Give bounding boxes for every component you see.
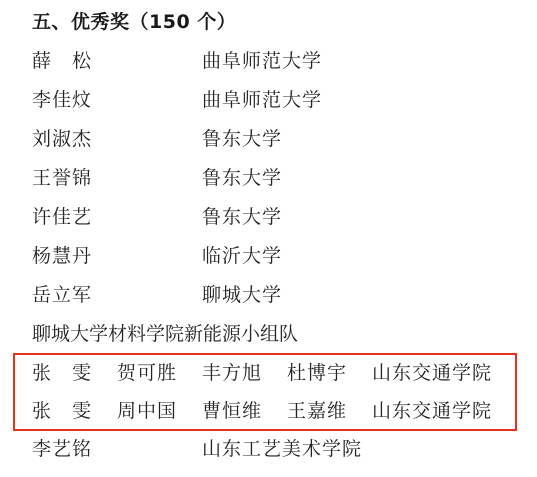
winner-name: 李艺铭 — [32, 436, 92, 462]
winner-name: 岳立军 — [32, 282, 92, 308]
member-name: 周中国 — [117, 398, 177, 424]
member-school: 山东交通学院 — [372, 360, 492, 386]
member-name: 杜博宇 — [287, 360, 347, 386]
winner-school: 山东工艺美术学院 — [202, 436, 362, 462]
winner-school: 鲁东大学 — [202, 204, 282, 230]
winner-school: 曲阜师范大学 — [202, 87, 322, 113]
member-school: 山东交通学院 — [372, 398, 492, 424]
section-heading: 五、优秀奖（150 个） — [32, 10, 236, 34]
winner-school: 聊城大学 — [202, 282, 282, 308]
winner-school: 临沂大学 — [202, 243, 282, 269]
team-name: 聊城大学材料学院新能源小组队 — [32, 321, 298, 347]
winner-name: 薛 松 — [32, 48, 92, 74]
winner-school: 曲阜师范大学 — [202, 48, 322, 74]
member-name: 张 雯 — [32, 398, 92, 424]
winner-name: 杨慧丹 — [32, 243, 92, 269]
winner-name: 李佳炆 — [32, 87, 92, 113]
winner-name: 王誉锦 — [32, 165, 92, 191]
winner-name: 许佳艺 — [32, 204, 92, 230]
member-name: 贺可胜 — [117, 360, 177, 386]
member-name: 曹恒维 — [202, 398, 262, 424]
winner-school: 鲁东大学 — [202, 126, 282, 152]
member-name: 张 雯 — [32, 360, 92, 386]
winner-school: 鲁东大学 — [202, 165, 282, 191]
member-name: 王嘉维 — [287, 398, 347, 424]
winner-name: 刘淑杰 — [32, 126, 92, 152]
member-name: 丰方旭 — [202, 360, 262, 386]
